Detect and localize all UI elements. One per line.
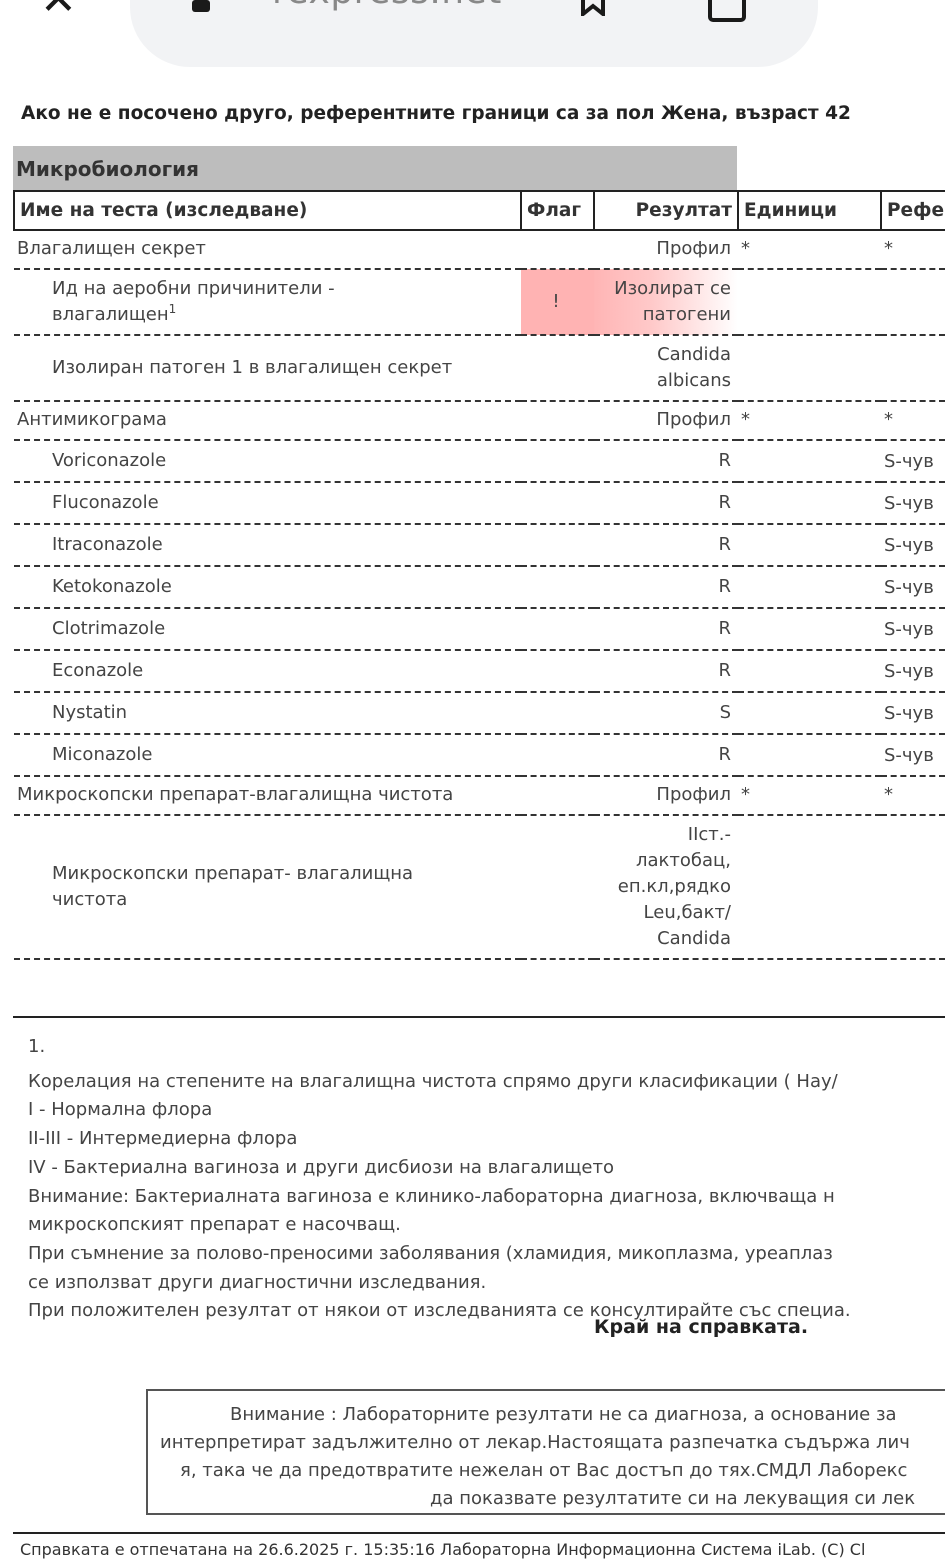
reference-value-text: * [884,784,893,805]
reference-value: * [881,230,945,269]
flag-cell [521,776,594,815]
flag-cell [521,482,594,524]
disclaimer-line: интерпретират задължително от лекар.Наст… [160,1429,910,1457]
result-value: Candida albicans [594,335,738,401]
test-name: Fluconazole [14,482,521,524]
table-row: Влагалищен секретПрофил** [14,230,945,269]
result-value-text: Профил [656,236,731,262]
table-row: NystatinSS-чув [14,692,945,734]
units-value [738,566,881,608]
table-row: FluconazoleRS-чув [14,482,945,524]
footnote-line: се използват други диагностични изследва… [28,1269,945,1298]
test-name: Ид на аеробни причинители - влагалищен1 [14,269,521,335]
test-name-text: Ketokonazole [52,576,172,597]
units-value [738,269,881,335]
column-header-reference: Рефе [881,191,945,230]
units-value [738,608,881,650]
disclaimer-line: да показвате резултатите си на лекуващия… [430,1485,915,1513]
section-title: Микробиология [16,157,199,181]
test-name-text: Itraconazole [52,534,163,555]
test-name: Voriconazole [14,440,521,482]
reference-value: * [881,401,945,440]
result-value-text: Изолират се патогени [609,276,731,328]
result-value: S [594,692,738,734]
test-name-text: Nystatin [52,702,127,723]
flag-cell [521,692,594,734]
units-value: * [738,401,881,440]
flag-cell [521,566,594,608]
address-bar[interactable]: rexpress.net [130,0,818,67]
reference-value-text: S-чув [884,703,934,724]
disclaimer-line: я, така че да предотвратите нежелан от В… [180,1457,907,1485]
end-of-report-title: Край на справката. [594,1316,808,1338]
test-name-text: Voriconazole [52,450,166,471]
test-name: Ketokonazole [14,566,521,608]
column-header-units: Единици [738,191,881,230]
result-value: Профил [594,776,738,815]
test-name: Антимикограма [14,401,521,440]
table-row: Ид на аеробни причинители - влагалищен1!… [14,269,945,335]
flag-cell [521,524,594,566]
share-icon[interactable] [708,0,746,22]
reference-value: S-чув [881,524,945,566]
test-name-text: Ид на аеробни причинители - влагалищен [52,278,335,325]
footnote-line: II-III - Интермедиерна флора [28,1125,945,1154]
test-name: Микроскопски препарат- влагалищна чистот… [14,815,521,959]
flag-cell-text: ! [552,291,559,312]
result-value-text: R [718,532,731,558]
units-value-text: * [741,238,750,259]
reference-value: S-чув [881,650,945,692]
test-name-text: Антимикограма [17,409,167,430]
test-name: Изолиран патоген 1 в влагалищен секрет [14,335,521,401]
footer-divider [13,1532,945,1534]
test-name-text: Микроскопски препарат- влагалищна чистот… [52,863,413,910]
units-value [738,692,881,734]
column-header-name: Име на теста (изследване) [14,191,521,230]
result-value-text: Профил [656,407,731,433]
result-value: R [594,734,738,776]
reference-value-text: S-чув [884,493,934,514]
footnote-line: При съмнение за полово-преносими заболяв… [28,1240,945,1269]
url-text[interactable]: rexpress.net [272,0,502,10]
column-header-result: Резултат [594,191,738,230]
units-value: * [738,776,881,815]
result-value: R [594,566,738,608]
flag-cell: ! [521,269,594,335]
result-value-text: R [718,616,731,642]
footnote-marker: 1. [28,1033,945,1062]
test-name-text: Изолиран патоген 1 в влагалищен секрет [52,357,452,378]
reference-value: S-чув [881,734,945,776]
reference-value: S-чув [881,692,945,734]
lock-icon [192,0,210,12]
table-row: Изолиран патоген 1 в влагалищен секретCa… [14,335,945,401]
test-name-text: Econazole [52,660,143,681]
flag-cell [521,401,594,440]
result-value-text: R [718,448,731,474]
bookmark-icon[interactable] [580,0,606,16]
units-value [738,440,881,482]
footnote-line: микроскопският препарат е насочващ. [28,1211,945,1240]
table-row: VoriconazoleRS-чув [14,440,945,482]
result-value-text: Профил [656,782,731,808]
table-row: АнтимикограмаПрофил** [14,401,945,440]
reference-value: * [881,776,945,815]
table-row: MiconazoleRS-чув [14,734,945,776]
table-row: EconazoleRS-чув [14,650,945,692]
result-value-text: IIст.- лактобац, еп.кл,рядко Leu,бакт/ C… [609,822,731,952]
flag-cell [521,608,594,650]
reference-value-text: S-чув [884,535,934,556]
reference-value: S-чув [881,608,945,650]
units-value-text: * [741,784,750,805]
test-name-text: Влагалищен секрет [17,238,206,259]
units-value [738,524,881,566]
result-value: Профил [594,401,738,440]
units-value [738,815,881,959]
table-row: Микроскопски препарат- влагалищна чистот… [14,815,945,959]
table-row: ClotrimazoleRS-чув [14,608,945,650]
result-value-text: S [720,700,731,726]
units-value [738,650,881,692]
result-value: R [594,608,738,650]
table-row: Микроскопски препарат-влагалищна чистота… [14,776,945,815]
reference-value-text: S-чув [884,745,934,766]
test-name: Miconazole [14,734,521,776]
result-value-text: R [718,658,731,684]
test-name-text: Микроскопски препарат-влагалищна чистота [17,784,453,805]
test-name: Nystatin [14,692,521,734]
footnote-line: Корелация на степените на влагалищна чис… [28,1068,945,1097]
section-divider [13,1016,945,1018]
reference-value-text: * [884,238,893,259]
test-name: Микроскопски препарат-влагалищна чистота [14,776,521,815]
result-value-text: R [718,490,731,516]
flag-cell [521,734,594,776]
flag-cell [521,230,594,269]
test-name-text: Fluconazole [52,492,159,513]
reference-value [881,269,945,335]
reference-value-text: S-чув [884,577,934,598]
units-value-text: * [741,409,750,430]
flag-cell [521,335,594,401]
result-value-text: R [718,742,731,768]
footnote-line: Внимание: Бактериалната вагиноза е клини… [28,1183,945,1212]
test-name: Clotrimazole [14,608,521,650]
reference-value: S-чув [881,482,945,524]
units-value [738,482,881,524]
column-header-flag: Флаг [521,191,594,230]
reference-value-text: S-чув [884,619,934,640]
table-header-row: Име на теста (изследване) Флаг Резултат … [14,191,945,230]
footnote-line: IV - Бактериална вагиноза и други дисбио… [28,1154,945,1183]
reference-value: S-чув [881,566,945,608]
flag-cell [521,815,594,959]
test-name: Itraconazole [14,524,521,566]
reference-value-text: S-чув [884,451,934,472]
test-name: Влагалищен секрет [14,230,521,269]
reference-value: S-чув [881,440,945,482]
test-name-text: Clotrimazole [52,618,165,639]
footnotes: 1. Корелация на степените на влагалищна … [28,1033,945,1326]
disclaimer-box: Внимание : Лабораторните резултати не са… [146,1389,945,1515]
result-value-text: R [718,574,731,600]
table-row: KetokonazoleRS-чув [14,566,945,608]
footnote-ref[interactable]: 1 [169,302,177,316]
reference-value-text: * [884,409,893,430]
result-value: R [594,650,738,692]
close-icon[interactable]: ✕ [40,0,77,22]
units-value: * [738,230,881,269]
reference-value-text: S-чув [884,661,934,682]
result-value: Изолират се патогени [594,269,738,335]
result-value: R [594,482,738,524]
test-name-text: Miconazole [52,744,152,765]
print-footer: Справката е отпечатана на 26.6.2025 г. 1… [20,1540,865,1559]
result-value-text: Candida albicans [609,342,731,394]
units-value [738,734,881,776]
table-row: ItraconazoleRS-чув [14,524,945,566]
footnote-line: I - Нормална флора [28,1096,945,1125]
units-value [738,335,881,401]
reference-value [881,815,945,959]
reference-value [881,335,945,401]
results-table: Име на теста (изследване) Флаг Резултат … [13,190,945,960]
result-value: IIст.- лактобац, еп.кл,рядко Leu,бакт/ C… [594,815,738,959]
test-name: Econazole [14,650,521,692]
browser-toolbar: ✕ rexpress.net [0,0,945,70]
result-value: Профил [594,230,738,269]
result-value: R [594,524,738,566]
flag-cell [521,440,594,482]
flag-cell [521,650,594,692]
reference-note: Ако не е посочено друго, референтните гр… [21,103,851,124]
disclaimer-line: Внимание : Лабораторните резултати не са… [230,1401,897,1429]
result-value: R [594,440,738,482]
